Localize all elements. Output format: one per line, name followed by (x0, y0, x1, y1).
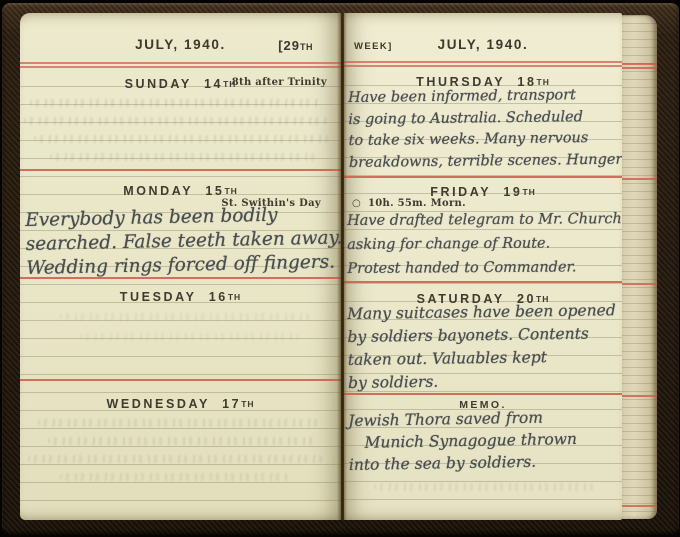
month-title: JULY, 1940. (438, 37, 529, 52)
memo-entry: Jewish Thora saved from Munich Synagogue… (348, 408, 578, 478)
day-header-tuesday: TUESDAY 16TH (20, 290, 341, 304)
red-rule-edge (622, 63, 657, 65)
thursday-entry: Have been informed, transport is going t… (348, 86, 622, 176)
saturday-entry: Many suitcases have been opened by soldi… (347, 301, 617, 397)
red-rule (20, 169, 341, 171)
day-header-wednesday: WEDNESDAY 17TH (20, 397, 341, 411)
red-rule-edge (622, 283, 657, 285)
red-rule (344, 61, 622, 63)
red-rule-edge (622, 67, 657, 69)
ink-bleed-through (38, 419, 323, 427)
friday-entry: Have drafted telegram to Mr. Churchill a… (347, 211, 622, 285)
ink-bleed-through (80, 333, 300, 341)
day-header-monday: MONDAY 15TH (20, 184, 341, 198)
monday-entry: Everybody has been bodily searched. Fals… (25, 203, 341, 282)
month-title: JULY, 1940. (135, 37, 226, 52)
diary-page-right: WEEK] JULY, 1940. THURSDAY 18TH Have bee… (344, 13, 622, 520)
red-rule (344, 65, 622, 67)
red-rule (20, 62, 341, 64)
week-number: [29TH (278, 38, 313, 53)
ink-bleed-through (374, 483, 594, 491)
page-title: JULY, 1940. (344, 37, 622, 52)
red-rule-edge (622, 178, 657, 180)
sunday-note: 8th after Trinity (232, 77, 327, 88)
ink-bleed-through (28, 455, 323, 463)
moon-phase-note: ○ 10h. 55m. Morn. (352, 198, 466, 209)
red-rule-edge (622, 395, 657, 397)
ink-bleed-through (50, 153, 320, 161)
day-header-friday: FRIDAY 19TH (344, 185, 622, 199)
diary-photo: JULY, 1940. [29TH SUNDAY 14TH 8th after … (0, 0, 680, 537)
red-rule (344, 176, 622, 178)
red-rule (20, 379, 341, 381)
book-gutter (337, 13, 347, 520)
ink-bleed-through (30, 99, 320, 107)
ink-bleed-through (48, 437, 318, 445)
page-edge-stack (622, 15, 657, 519)
ink-bleed-through (60, 473, 290, 481)
diary-page-left: JULY, 1940. [29TH SUNDAY 14TH 8th after … (20, 13, 341, 520)
ink-bleed-through (60, 313, 310, 321)
ink-bleed-through (34, 135, 329, 143)
red-rule-edge (622, 505, 657, 507)
moon-icon: ○ (352, 198, 361, 209)
ink-bleed-through (24, 117, 329, 125)
red-rule (20, 66, 341, 68)
